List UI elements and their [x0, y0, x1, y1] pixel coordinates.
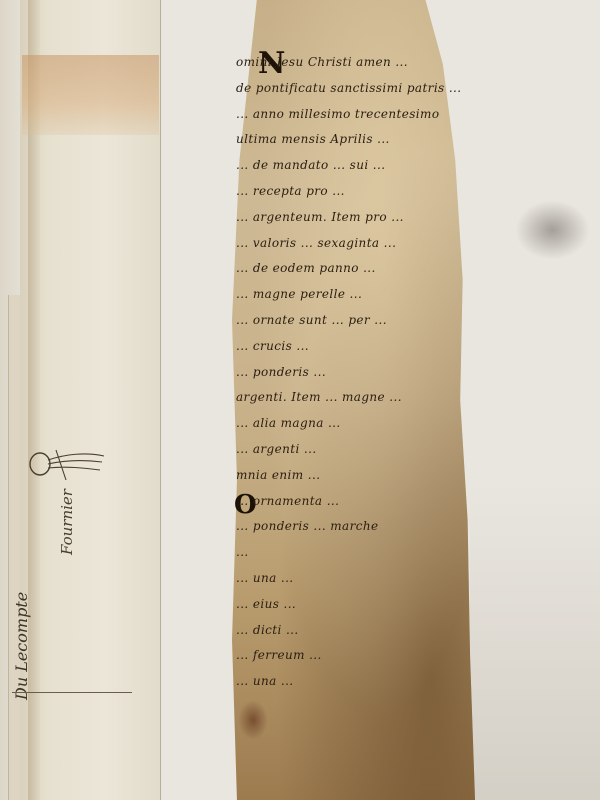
manuscript-text: omini Jesu Christi amen ... de pontifica… [236, 50, 461, 695]
signature-flourish-icon [26, 440, 106, 490]
manuscript-line: ... eius ... [236, 592, 461, 618]
manuscript-line: ultima mensis Aprilis ... [236, 127, 461, 153]
manuscript-line: de pontificatu sanctissimi patris ... [236, 76, 461, 102]
signature-underline [12, 692, 132, 693]
manuscript-line: ... ferreum ... [236, 643, 461, 669]
manuscript-line: ... crucis ... [236, 334, 461, 360]
manuscript-line: ... de mandato ... sui ... [236, 153, 461, 179]
tape-stain [22, 55, 159, 135]
manuscript-line: ... recepta pro ... [236, 179, 461, 205]
manuscript-line: ... argenteum. Item pro ... [236, 205, 461, 231]
manuscript-line: ... ponderis ... [236, 360, 461, 386]
manuscript-line: argenti. Item ... magne ... [236, 385, 461, 411]
manuscript-line: ... anno millesimo trecentesimo [236, 102, 461, 128]
manuscript-line: ... una ... [236, 669, 461, 695]
manuscript-line: ... argenti ... [236, 437, 461, 463]
manuscript-line: mnia enim ... [236, 463, 461, 489]
manuscript-line: ... alia magna ... [236, 411, 461, 437]
manuscript-line: ... una ... [236, 566, 461, 592]
signature-fournier: Fournier [58, 489, 76, 555]
background-shading [470, 0, 600, 800]
photograph: Fournier Du Lecompte N O omini Jesu Chri… [0, 0, 600, 800]
manuscript-line: ... ornamenta ... [236, 489, 461, 515]
manuscript-line: ... de eodem panno ... [236, 256, 461, 282]
manuscript-line: ... ornate sunt ... per ... [236, 308, 461, 334]
signature-du-lecompte: Du Lecompte [12, 592, 31, 700]
manuscript-line: ... dicti ... [236, 618, 461, 644]
manuscript-line: omini Jesu Christi amen ... [236, 50, 461, 76]
manuscript-line: ... magne perelle ... [236, 282, 461, 308]
manuscript-line: ... ponderis ... marche [236, 514, 461, 540]
manuscript-line: ... valoris ... sexaginta ... [236, 231, 461, 257]
seal-stain [238, 700, 268, 740]
manuscript-line: ... [236, 540, 461, 566]
